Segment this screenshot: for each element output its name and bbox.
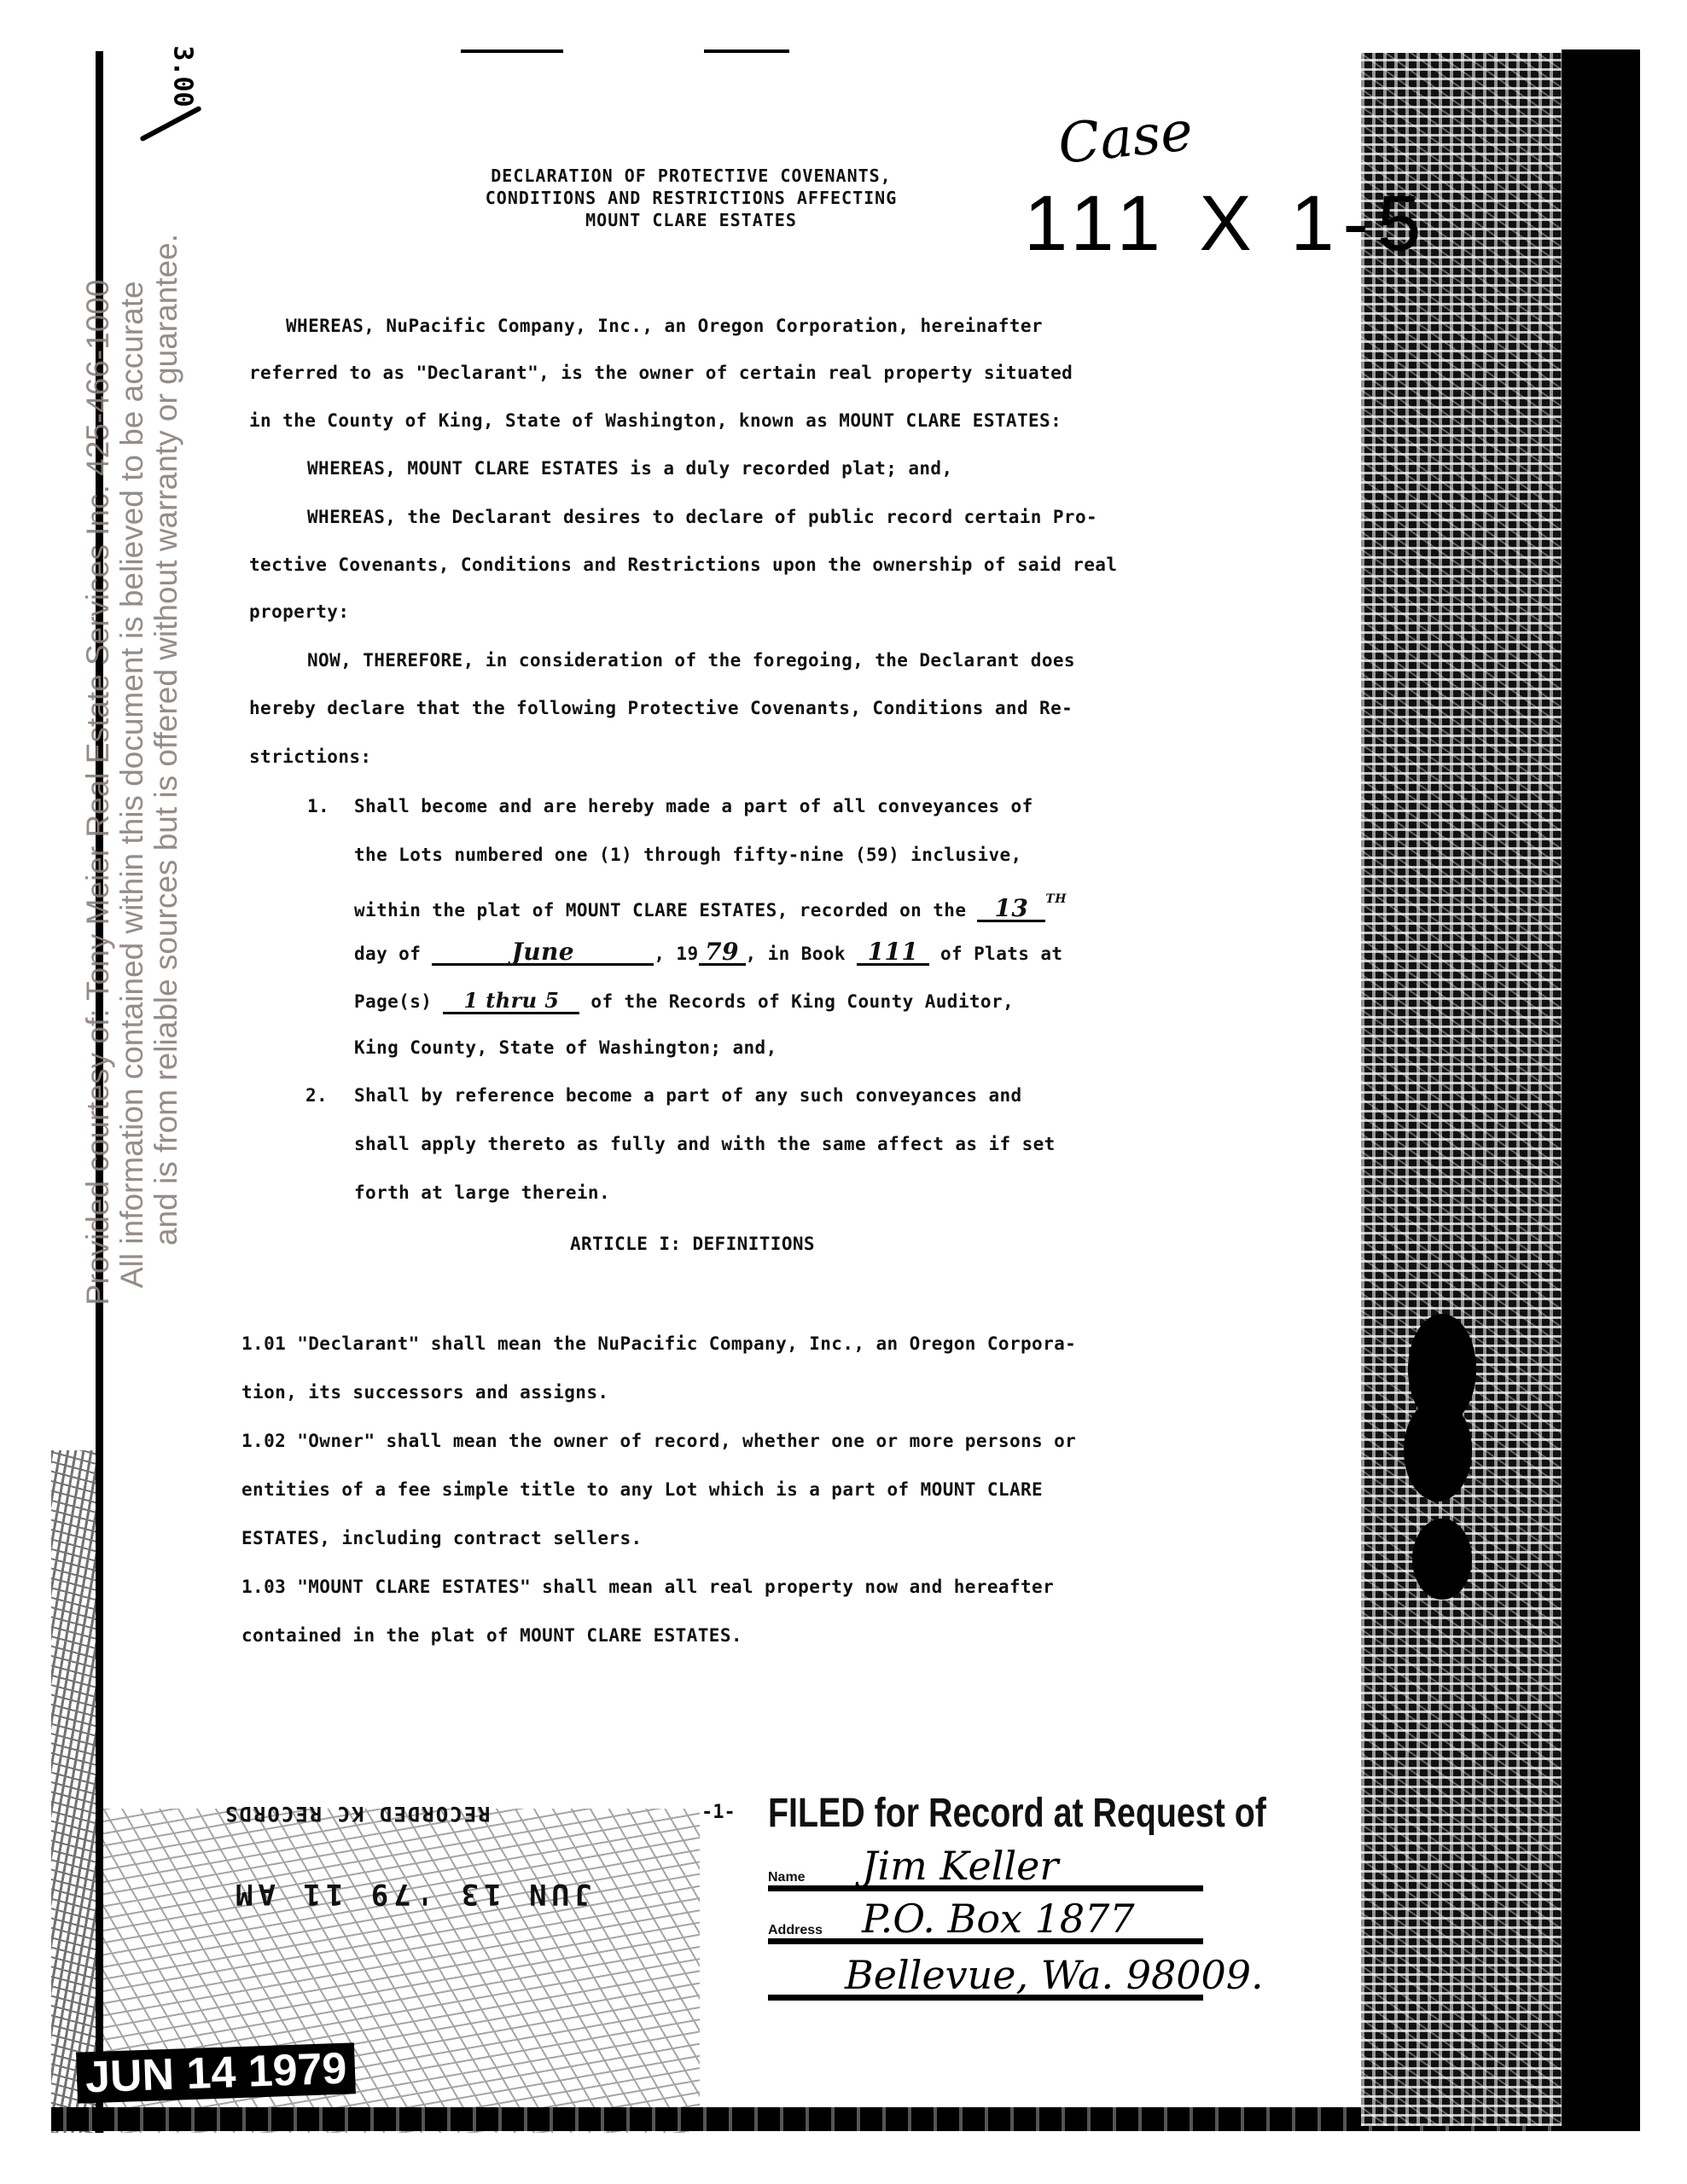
city-value: Bellevue, Wa. 98009.: [845, 1952, 1264, 1998]
date-stamp: JUN 14 1979: [76, 2042, 356, 2103]
scan-blot: [1412, 1519, 1472, 1600]
page-number: -1-: [701, 1802, 736, 1823]
handwritten-reference: 111 X 1-5: [1024, 179, 1429, 269]
recorded-time-stamp: JUN 13 '79 11 AM: [230, 1877, 592, 1911]
day-suffix: TH: [1045, 892, 1066, 906]
watermark-line: Provided courtesy of: Tony Meier Real Es…: [81, 234, 115, 1305]
item-line: the Lots numbered one (1) through fifty-…: [354, 845, 1022, 865]
item-number: 2.: [305, 1085, 328, 1106]
recorded-month-field: June: [432, 941, 654, 966]
courtesy-watermark: Provided courtesy of: Tony Meier Real Es…: [81, 234, 183, 1305]
item-text: within the plat of MOUNT CLARE ESTATES, …: [354, 900, 966, 921]
scan-blot: [1404, 1399, 1472, 1501]
recorded-day-field: 13: [977, 897, 1045, 922]
item-line: Shall become and are hereby made a part …: [354, 796, 1033, 816]
recital-line: property:: [249, 601, 349, 622]
item-text: of the Records of King County Auditor,: [590, 991, 1014, 1012]
item-line: shall apply thereto as fully and with th…: [354, 1134, 1056, 1154]
article-heading: ARTICLE I: DEFINITIONS: [570, 1234, 815, 1254]
item-line: forth at large therein.: [354, 1182, 610, 1203]
filed-address-row: Address P.O. Box 1877: [768, 1904, 1203, 1944]
item-text: day of: [354, 944, 421, 964]
pages-field: 1 thru 5: [443, 990, 579, 1014]
definition-line: 1.03 "MOUNT CLARE ESTATES" shall mean al…: [241, 1577, 1054, 1597]
definition-line: ESTATES, including contract sellers.: [241, 1528, 643, 1548]
recital-line: WHEREAS, the Declarant desires to declar…: [307, 507, 1097, 527]
scan-bottom-edge: [51, 2107, 1570, 2131]
recital-line: tective Covenants, Conditions and Restri…: [249, 555, 1117, 575]
recital-line: strictions:: [249, 746, 371, 767]
definition-line: 1.02 "Owner" shall mean the owner of rec…: [241, 1431, 1076, 1451]
scan-right-edge: [1562, 49, 1640, 2131]
recital-line: in the County of King, State of Washingt…: [249, 410, 1062, 431]
watermark-line: and is from reliable sources but is offe…: [149, 234, 183, 1305]
name-label: Name: [768, 1870, 806, 1885]
item-text: of Plats at: [940, 944, 1062, 964]
item-line: within the plat of MOUNT CLARE ESTATES, …: [354, 892, 1067, 922]
item-number: 1.: [307, 796, 329, 816]
corner-mark: 3.00: [168, 45, 198, 107]
book-number-field: 111: [857, 941, 929, 966]
watermark-line: All information contained within this do…: [115, 234, 149, 1305]
item-line: Shall by reference become a part of any …: [354, 1085, 1022, 1106]
recital-line: WHEREAS, NuPacific Company, Inc., an Ore…: [286, 316, 1043, 336]
item-line: Page(s) 1 thru 5 of the Records of King …: [354, 990, 1014, 1014]
title-line: DECLARATION OF PROTECTIVE COVENANTS,: [427, 165, 956, 187]
filed-for-record-title: FILED for Record at Request of: [768, 1790, 1266, 1837]
item-text: , in Book: [746, 944, 846, 964]
recorded-year-field: 79: [699, 941, 746, 966]
scan-top-dash: [461, 49, 563, 53]
item-line: King County, State of Washington; and,: [354, 1037, 777, 1058]
address-label: Address: [768, 1923, 823, 1938]
name-value: Jim Keller: [862, 1843, 1058, 1889]
address-value: P.O. Box 1877: [862, 1896, 1135, 1942]
filed-city-row: Bellevue, Wa. 98009.: [768, 1960, 1203, 2001]
filed-name-row: Name Jim Keller: [768, 1851, 1203, 1891]
title-line: CONDITIONS AND RESTRICTIONS AFFECTING: [427, 187, 956, 209]
definition-line: contained in the plat of MOUNT CLARE EST…: [241, 1625, 742, 1646]
item-line: day of June, 1979, in Book 111 of Plats …: [354, 941, 1062, 966]
recital-line: referred to as "Declarant", is the owner…: [249, 363, 1073, 383]
recital-line: WHEREAS, MOUNT CLARE ESTATES is a duly r…: [307, 458, 953, 479]
recorded-stamp: RECORDED KC RECORDS: [224, 1802, 491, 1826]
item-text: Page(s): [354, 991, 432, 1012]
scan-noise-right: [1361, 53, 1566, 2126]
item-text: , 19: [654, 944, 698, 964]
handwritten-case-label: Case: [1056, 100, 1196, 177]
definition-line: entities of a fee simple title to any Lo…: [241, 1479, 1043, 1500]
title-line: MOUNT CLARE ESTATES: [427, 209, 956, 231]
recital-line: hereby declare that the following Protec…: [249, 698, 1073, 718]
definition-line: tion, its successors and assigns.: [241, 1382, 608, 1403]
recital-line: NOW, THEREFORE, in consideration of the …: [307, 650, 1075, 671]
document-title: DECLARATION OF PROTECTIVE COVENANTS, CON…: [427, 165, 956, 231]
scan-noise-left: [51, 1450, 102, 2133]
scan-top-dash: [704, 49, 789, 53]
definition-line: 1.01 "Declarant" shall mean the NuPacifi…: [241, 1333, 1076, 1354]
corner-slash-mark: [139, 106, 201, 142]
